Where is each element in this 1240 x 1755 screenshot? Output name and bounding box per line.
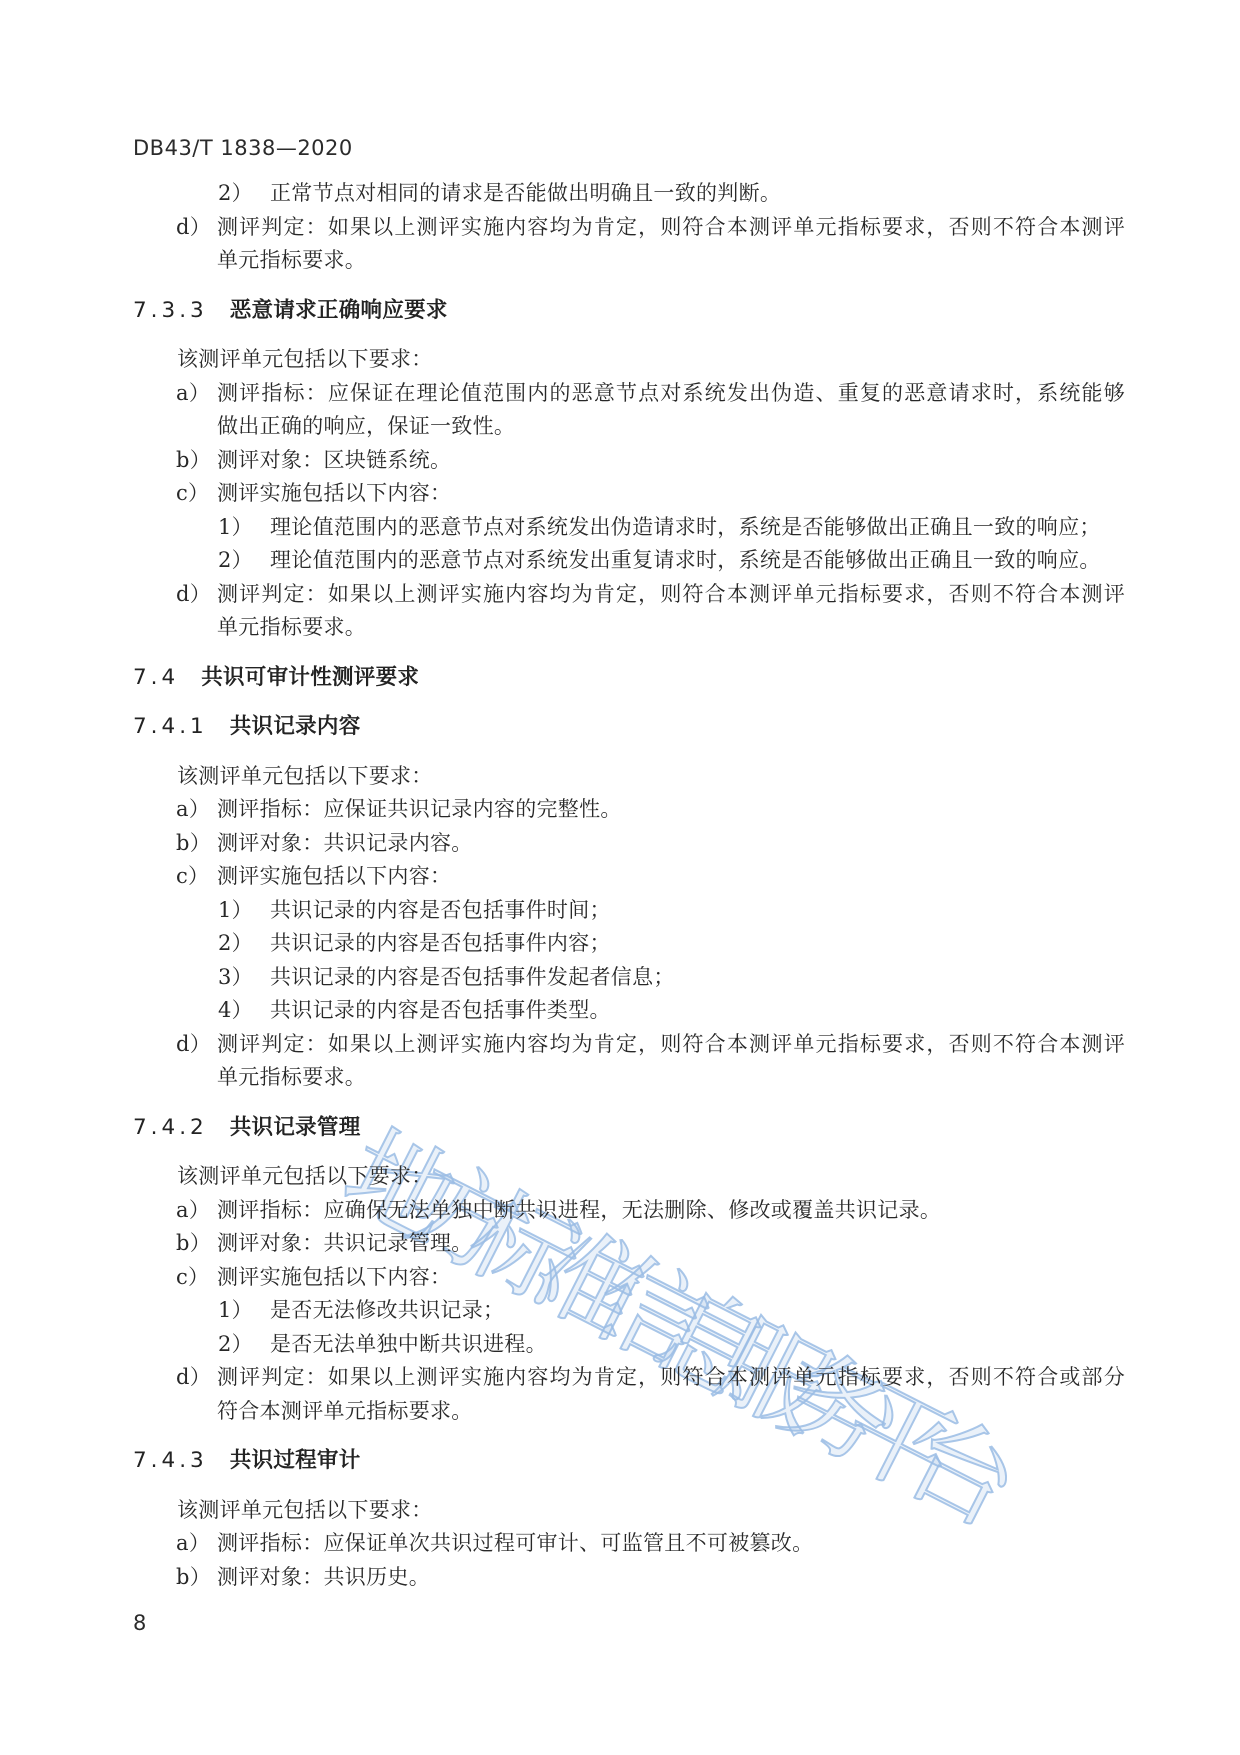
page-number: 8 bbox=[133, 1611, 147, 1635]
sub-list-item-4: 4）共识记录的内容是否包括事件类型。 bbox=[0, 994, 1240, 1028]
item-label: 1） bbox=[218, 511, 270, 545]
item-label: d） bbox=[176, 1028, 217, 1095]
item-label: b） bbox=[176, 444, 217, 478]
item-text: 理论值范围内的恶意节点对系统发出伪造请求时，系统是否能够做出正确且一致的响应； bbox=[270, 511, 1125, 545]
item-text: 测评判定：如果以上测评实施内容均为肯定，则符合本测评单元指标要求，否则不符合本测… bbox=[217, 1028, 1125, 1095]
item-label: c） bbox=[176, 860, 217, 894]
item-text: 正常节点对相同的请求是否能做出明确且一致的判断。 bbox=[270, 177, 1125, 211]
heading-title: 共识可审计性测评要求 bbox=[201, 665, 419, 690]
text-line: 测评判定：如果以上测评实施内容均为肯定，则符合本测评单元指标要求，否则不符合本测… bbox=[217, 211, 1125, 245]
item-text: 共识记录的内容是否包括事件类型。 bbox=[270, 994, 1125, 1028]
section-heading-7-4-2: 7.4.2共识记录管理 bbox=[0, 1111, 1240, 1145]
sub-list-item-2: 2）共识记录的内容是否包括事件内容； bbox=[0, 927, 1240, 961]
standard-document-page: { "page": { "doc_code": "DB43/T 1838—202… bbox=[0, 0, 1240, 1755]
text-line: 单元指标要求。 bbox=[217, 1061, 1125, 1095]
text-line: 测评判定：如果以上测评实施内容均为肯定，则符合本测评单元指标要求，否则不符合或部… bbox=[217, 1361, 1125, 1395]
text-line: 该测评单元包括以下要求： bbox=[177, 1160, 1240, 1194]
list-item-d: d）测评判定：如果以上测评实施内容均为肯定，则符合本测评单元指标要求，否则不符合… bbox=[0, 1361, 1240, 1428]
item-label: d） bbox=[176, 211, 217, 278]
item-label: 4） bbox=[218, 994, 270, 1028]
item-text: 共识记录的内容是否包括事件内容； bbox=[270, 927, 1125, 961]
item-label: 2） bbox=[218, 1328, 270, 1362]
item-text: 测评对象：共识历史。 bbox=[217, 1561, 1125, 1595]
item-text: 测评对象：共识记录内容。 bbox=[217, 827, 1125, 861]
heading-number: 7.4.1 bbox=[133, 714, 208, 739]
item-text: 测评实施包括以下内容： bbox=[217, 860, 1125, 894]
text-line: 测评对象：共识记录内容。 bbox=[217, 827, 1125, 861]
list-item-b: b）测评对象：区块链系统。 bbox=[0, 444, 1240, 478]
item-text: 测评实施包括以下内容： bbox=[217, 1261, 1125, 1295]
heading-title: 共识记录内容 bbox=[230, 714, 361, 739]
text-line: 共识记录的内容是否包括事件类型。 bbox=[270, 994, 1125, 1028]
item-label: b） bbox=[176, 1561, 217, 1595]
item-text: 测评指标：应保证单次共识过程可审计、可监管且不可被篡改。 bbox=[217, 1527, 1125, 1561]
text-line: 符合本测评单元指标要求。 bbox=[217, 1395, 1125, 1429]
sub-list-item-2: 2）理论值范围内的恶意节点对系统发出重复请求时，系统是否能够做出正确且一致的响应… bbox=[0, 544, 1240, 578]
item-text: 测评指标：应保证共识记录内容的完整性。 bbox=[217, 793, 1125, 827]
item-label: 2） bbox=[218, 927, 270, 961]
list-item-c: c）测评实施包括以下内容： bbox=[0, 477, 1240, 511]
section-heading-7-4: 7.4共识可审计性测评要求 bbox=[0, 661, 1240, 695]
text-line: 该测评单元包括以下要求： bbox=[177, 1494, 1240, 1528]
text-line: 共识记录的内容是否包括事件时间； bbox=[270, 894, 1125, 928]
intro-paragraph: 该测评单元包括以下要求： bbox=[0, 343, 1240, 377]
text-line: 单元指标要求。 bbox=[217, 611, 1125, 645]
heading-number: 7.4.2 bbox=[133, 1115, 208, 1140]
list-item-b: b）测评对象：共识记录管理。 bbox=[0, 1227, 1240, 1261]
list-item-d: d）测评判定：如果以上测评实施内容均为肯定，则符合本测评单元指标要求，否则不符合… bbox=[0, 1028, 1240, 1095]
text-line: 正常节点对相同的请求是否能做出明确且一致的判断。 bbox=[270, 177, 1125, 211]
item-text: 共识记录的内容是否包括事件时间； bbox=[270, 894, 1125, 928]
item-label: 1） bbox=[218, 894, 270, 928]
item-label: d） bbox=[176, 1361, 217, 1428]
text-line: 测评对象：共识记录管理。 bbox=[217, 1227, 1125, 1261]
sub-list-item-1: 1）是否无法修改共识记录； bbox=[0, 1294, 1240, 1328]
item-label: 2） bbox=[218, 177, 270, 211]
text-line: 理论值范围内的恶意节点对系统发出重复请求时，系统是否能够做出正确且一致的响应。 bbox=[270, 544, 1125, 578]
list-item-a: a）测评指标：应保证单次共识过程可审计、可监管且不可被篡改。 bbox=[0, 1527, 1240, 1561]
item-text: 测评判定：如果以上测评实施内容均为肯定，则符合本测评单元指标要求，否则不符合本测… bbox=[217, 211, 1125, 278]
list-item-a: a）测评指标：应保证在理论值范围内的恶意节点对系统发出伪造、重复的恶意请求时，系… bbox=[0, 377, 1240, 444]
list-item-a: a）测评指标：应保证共识记录内容的完整性。 bbox=[0, 793, 1240, 827]
list-item-a: a）测评指标：应确保无法单独中断共识进程，无法删除、修改或覆盖共识记录。 bbox=[0, 1194, 1240, 1228]
text-line: 该测评单元包括以下要求： bbox=[177, 343, 1240, 377]
item-label: a） bbox=[176, 377, 217, 444]
page-header-doc-code: DB43/T 1838—2020 bbox=[133, 136, 353, 160]
section-heading-7-4-3: 7.4.3共识过程审计 bbox=[0, 1444, 1240, 1478]
intro-paragraph: 该测评单元包括以下要求： bbox=[0, 1494, 1240, 1528]
item-label: b） bbox=[176, 827, 217, 861]
list-item-d: d）测评判定：如果以上测评实施内容均为肯定，则符合本测评单元指标要求，否则不符合… bbox=[0, 211, 1240, 278]
item-text: 测评对象：共识记录管理。 bbox=[217, 1227, 1125, 1261]
list-item-c: c）测评实施包括以下内容： bbox=[0, 860, 1240, 894]
sub-list-item-1: 1）理论值范围内的恶意节点对系统发出伪造请求时，系统是否能够做出正确且一致的响应… bbox=[0, 511, 1240, 545]
text-line: 测评对象：区块链系统。 bbox=[217, 444, 1125, 478]
heading-title: 共识记录管理 bbox=[230, 1115, 361, 1140]
heading-number: 7.3.3 bbox=[133, 298, 208, 323]
item-label: a） bbox=[176, 1194, 217, 1228]
text-line: 测评指标：应保证在理论值范围内的恶意节点对系统发出伪造、重复的恶意请求时，系统能… bbox=[217, 377, 1125, 411]
text-line: 共识记录的内容是否包括事件内容； bbox=[270, 927, 1125, 961]
sub-list-item-3: 3）共识记录的内容是否包括事件发起者信息； bbox=[0, 961, 1240, 995]
heading-number: 7.4 bbox=[133, 665, 179, 690]
item-text: 测评指标：应确保无法单独中断共识进程，无法删除、修改或覆盖共识记录。 bbox=[217, 1194, 1125, 1228]
intro-paragraph: 该测评单元包括以下要求： bbox=[0, 760, 1240, 794]
intro-paragraph: 该测评单元包括以下要求： bbox=[0, 1160, 1240, 1194]
text-line: 测评实施包括以下内容： bbox=[217, 860, 1125, 894]
item-text: 测评实施包括以下内容： bbox=[217, 477, 1125, 511]
item-label: 3） bbox=[218, 961, 270, 995]
text-line: 测评对象：共识历史。 bbox=[217, 1561, 1125, 1595]
text-line: 是否无法单独中断共识进程。 bbox=[270, 1328, 1125, 1362]
item-text: 理论值范围内的恶意节点对系统发出重复请求时，系统是否能够做出正确且一致的响应。 bbox=[270, 544, 1125, 578]
sub-list-item-2: 2）是否无法单独中断共识进程。 bbox=[0, 1328, 1240, 1362]
text-line: 该测评单元包括以下要求： bbox=[177, 760, 1240, 794]
list-item-d: d）测评判定：如果以上测评实施内容均为肯定，则符合本测评单元指标要求，否则不符合… bbox=[0, 578, 1240, 645]
item-label: a） bbox=[176, 1527, 217, 1561]
item-label: 1） bbox=[218, 1294, 270, 1328]
text-line: 是否无法修改共识记录； bbox=[270, 1294, 1125, 1328]
heading-title: 共识过程审计 bbox=[230, 1448, 361, 1473]
list-item-b: b）测评对象：共识历史。 bbox=[0, 1561, 1240, 1595]
text-line: 测评指标：应保证单次共识过程可审计、可监管且不可被篡改。 bbox=[217, 1527, 1125, 1561]
section-heading-7-3-3: 7.3.3恶意请求正确响应要求 bbox=[0, 294, 1240, 328]
item-text: 测评判定：如果以上测评实施内容均为肯定，则符合本测评单元指标要求，否则不符合本测… bbox=[217, 578, 1125, 645]
list-item-c: c）测评实施包括以下内容： bbox=[0, 1261, 1240, 1295]
text-line: 共识记录的内容是否包括事件发起者信息； bbox=[270, 961, 1125, 995]
item-label: c） bbox=[176, 477, 217, 511]
item-text: 测评判定：如果以上测评实施内容均为肯定，则符合本测评单元指标要求，否则不符合或部… bbox=[217, 1361, 1125, 1428]
item-text: 共识记录的内容是否包括事件发起者信息； bbox=[270, 961, 1125, 995]
text-line: 测评实施包括以下内容： bbox=[217, 477, 1125, 511]
text-line: 测评判定：如果以上测评实施内容均为肯定，则符合本测评单元指标要求，否则不符合本测… bbox=[217, 1028, 1125, 1062]
heading-number: 7.4.3 bbox=[133, 1448, 208, 1473]
item-label: b） bbox=[176, 1227, 217, 1261]
sub-list-item-1: 1）共识记录的内容是否包括事件时间； bbox=[0, 894, 1240, 928]
item-text: 测评指标：应保证在理论值范围内的恶意节点对系统发出伪造、重复的恶意请求时，系统能… bbox=[217, 377, 1125, 444]
list-item-b: b）测评对象：共识记录内容。 bbox=[0, 827, 1240, 861]
item-text: 是否无法修改共识记录； bbox=[270, 1294, 1125, 1328]
item-label: 2） bbox=[218, 544, 270, 578]
text-line: 单元指标要求。 bbox=[217, 244, 1125, 278]
item-label: a） bbox=[176, 793, 217, 827]
item-text: 是否无法单独中断共识进程。 bbox=[270, 1328, 1125, 1362]
text-line: 测评实施包括以下内容： bbox=[217, 1261, 1125, 1295]
item-label: c） bbox=[176, 1261, 217, 1295]
text-line: 测评判定：如果以上测评实施内容均为肯定，则符合本测评单元指标要求，否则不符合本测… bbox=[217, 578, 1125, 612]
section-heading-7-4-1: 7.4.1共识记录内容 bbox=[0, 710, 1240, 744]
text-line: 做出正确的响应，保证一致性。 bbox=[217, 410, 1125, 444]
document-body: 2）正常节点对相同的请求是否能做出明确且一致的判断。d）测评判定：如果以上测评实… bbox=[0, 177, 1240, 1594]
text-line: 测评指标：应确保无法单独中断共识进程，无法删除、修改或覆盖共识记录。 bbox=[217, 1194, 1125, 1228]
item-text: 测评对象：区块链系统。 bbox=[217, 444, 1125, 478]
text-line: 测评指标：应保证共识记录内容的完整性。 bbox=[217, 793, 1125, 827]
sub-list-item-2: 2）正常节点对相同的请求是否能做出明确且一致的判断。 bbox=[0, 177, 1240, 211]
text-line: 理论值范围内的恶意节点对系统发出伪造请求时，系统是否能够做出正确且一致的响应； bbox=[270, 511, 1125, 545]
item-label: d） bbox=[176, 578, 217, 645]
heading-title: 恶意请求正确响应要求 bbox=[230, 298, 448, 323]
